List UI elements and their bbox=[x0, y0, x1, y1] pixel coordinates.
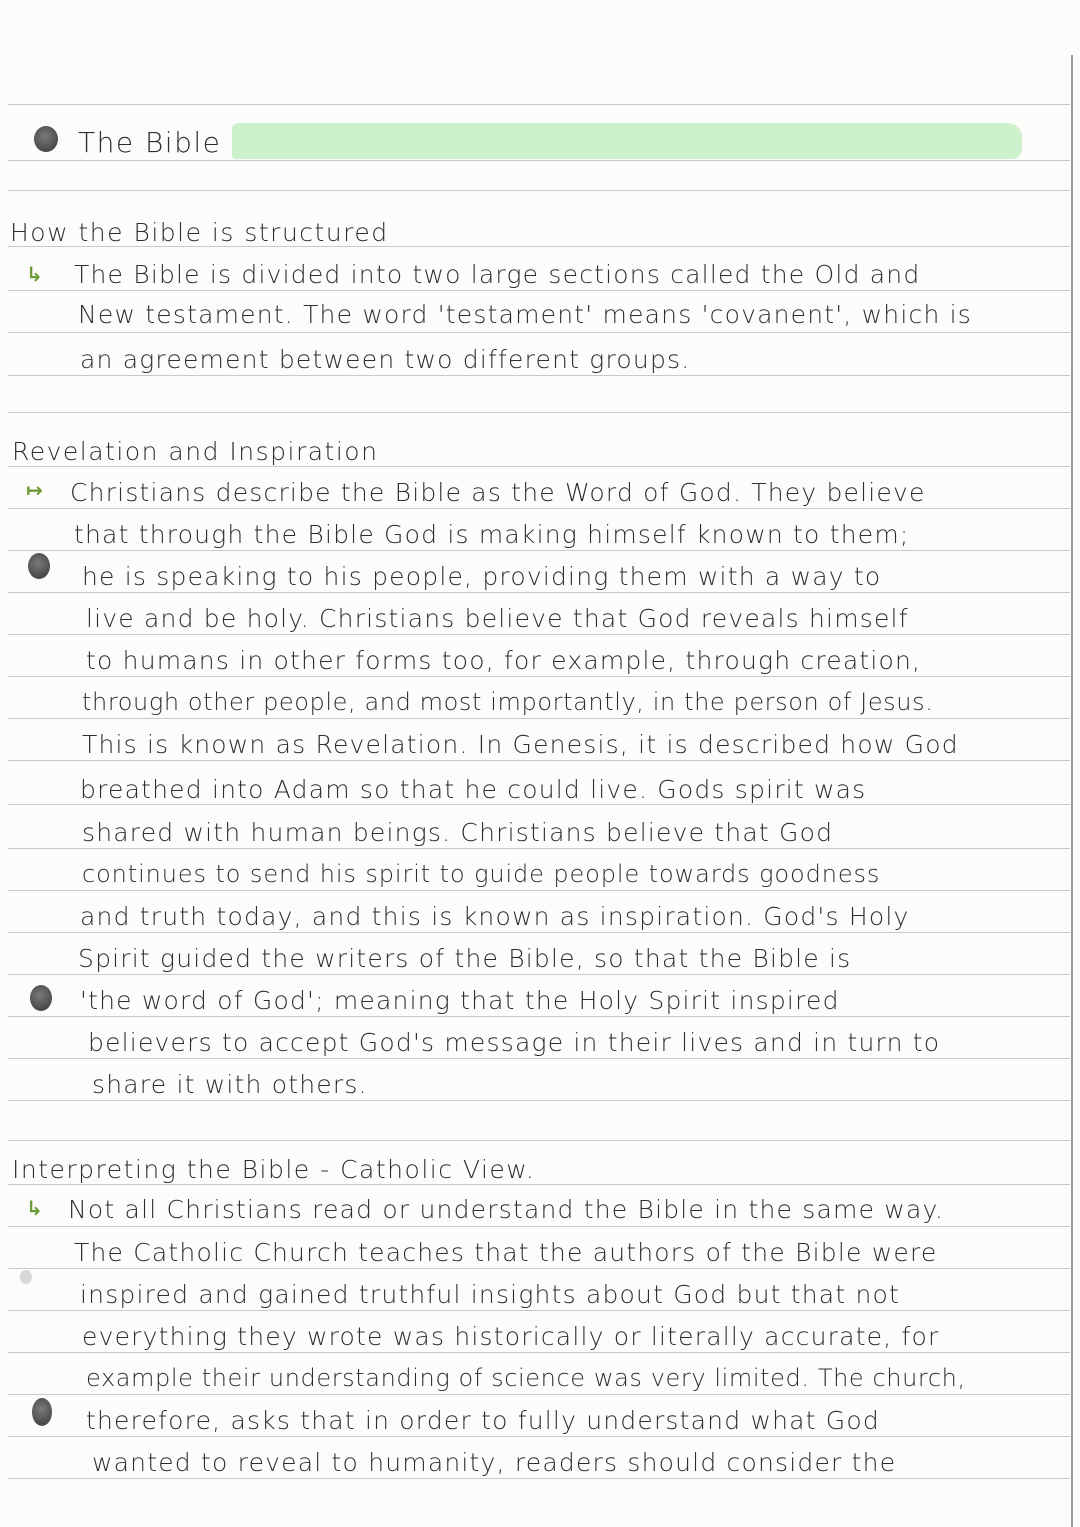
ruled-line bbox=[8, 1226, 1070, 1227]
text-line: New testament. The word 'testament' mean… bbox=[78, 300, 972, 329]
ruled-line bbox=[8, 932, 1070, 933]
right-arrow-icon: ↦ bbox=[26, 478, 43, 502]
text-line: This is known as Revelation. In Genesis,… bbox=[82, 730, 959, 759]
ruled-line bbox=[8, 974, 1070, 975]
ruled-line bbox=[8, 1352, 1070, 1353]
text-line: believers to accept God's message in the… bbox=[88, 1028, 940, 1057]
text-line: therefore, asks that in order to fully u… bbox=[86, 1406, 880, 1435]
ruled-line bbox=[8, 804, 1070, 805]
ruled-line bbox=[8, 1140, 1070, 1141]
text-line: through other people, and most important… bbox=[82, 688, 933, 716]
punch-hole-faint-icon bbox=[20, 1270, 32, 1284]
text-line: an agreement between two different group… bbox=[80, 345, 690, 374]
ruled-line bbox=[8, 1100, 1070, 1101]
section-heading-structure: How the Bible is structured bbox=[10, 218, 389, 247]
text-line: breathed into Adam so that he could live… bbox=[80, 775, 866, 804]
text-line: example their understanding of science w… bbox=[86, 1364, 966, 1392]
text-line: live and be holy. Christians believe tha… bbox=[86, 604, 909, 633]
ruled-line bbox=[8, 1268, 1070, 1269]
ruled-line bbox=[8, 1016, 1070, 1017]
ruled-line bbox=[8, 1310, 1070, 1311]
title-highlight bbox=[232, 123, 1022, 159]
ruled-line bbox=[8, 466, 1070, 467]
text-line: The Bible is divided into two large sect… bbox=[74, 260, 920, 289]
ruled-line bbox=[8, 508, 1070, 509]
ruled-line bbox=[8, 1394, 1070, 1395]
text-line: and truth today, and this is known as in… bbox=[80, 902, 910, 931]
text-line: inspired and gained truthful insights ab… bbox=[80, 1280, 900, 1309]
text-line: 'the word of God'; meaning that the Holy… bbox=[80, 986, 840, 1015]
ruled-line bbox=[8, 1058, 1070, 1059]
text-line: he is speaking to his people, providing … bbox=[82, 562, 881, 591]
ruled-line bbox=[8, 1184, 1070, 1185]
punch-hole-icon bbox=[28, 553, 50, 579]
ruled-line bbox=[8, 375, 1070, 376]
text-line: everything they wrote was historically o… bbox=[82, 1322, 940, 1351]
page-title: The Bible bbox=[78, 126, 221, 159]
hooked-arrow-icon: ↳ bbox=[26, 1196, 43, 1220]
ruled-line bbox=[8, 1436, 1070, 1437]
notebook-page: The Bible How the Bible is structured ↳ … bbox=[0, 0, 1080, 1527]
ruled-line bbox=[8, 550, 1070, 551]
section-heading-revelation: Revelation and Inspiration bbox=[12, 437, 378, 466]
hooked-arrow-icon: ↳ bbox=[26, 262, 43, 286]
ruled-line bbox=[8, 160, 1070, 161]
ruled-line bbox=[8, 190, 1070, 191]
text-line: shared with human beings. Christians bel… bbox=[82, 818, 833, 847]
ruled-line bbox=[8, 412, 1070, 413]
ruled-line bbox=[8, 760, 1070, 761]
text-line: Not all Christians read or understand th… bbox=[68, 1195, 944, 1224]
text-line: share it with others. bbox=[92, 1070, 368, 1099]
section-heading-catholic-view: Interpreting the Bible - Catholic View. bbox=[12, 1155, 535, 1184]
text-line: that through the Bible God is making him… bbox=[74, 520, 910, 549]
ruled-line bbox=[8, 676, 1070, 677]
text-line: continues to send his spirit to guide pe… bbox=[82, 860, 880, 888]
ruled-line bbox=[8, 290, 1070, 291]
text-line: wanted to reveal to humanity, readers sh… bbox=[92, 1448, 896, 1477]
ruled-line bbox=[8, 848, 1070, 849]
text-line: Christians describe the Bible as the Wor… bbox=[70, 478, 926, 507]
ruled-line bbox=[8, 718, 1070, 719]
text-line: Spirit guided the writers of the Bible, … bbox=[78, 944, 851, 973]
ruled-line bbox=[8, 890, 1070, 891]
ruled-line bbox=[8, 592, 1070, 593]
ruled-line bbox=[8, 1478, 1070, 1479]
text-line: The Catholic Church teaches that the aut… bbox=[74, 1238, 937, 1267]
punch-hole-icon bbox=[32, 1398, 52, 1426]
ruled-line bbox=[8, 634, 1070, 635]
punch-hole-icon bbox=[30, 985, 52, 1011]
ruled-line bbox=[8, 332, 1070, 333]
ruled-line bbox=[8, 104, 1070, 105]
punch-hole-icon bbox=[34, 126, 58, 152]
page-edge bbox=[1071, 55, 1073, 1527]
text-line: to humans in other forms too, for exampl… bbox=[86, 646, 921, 675]
